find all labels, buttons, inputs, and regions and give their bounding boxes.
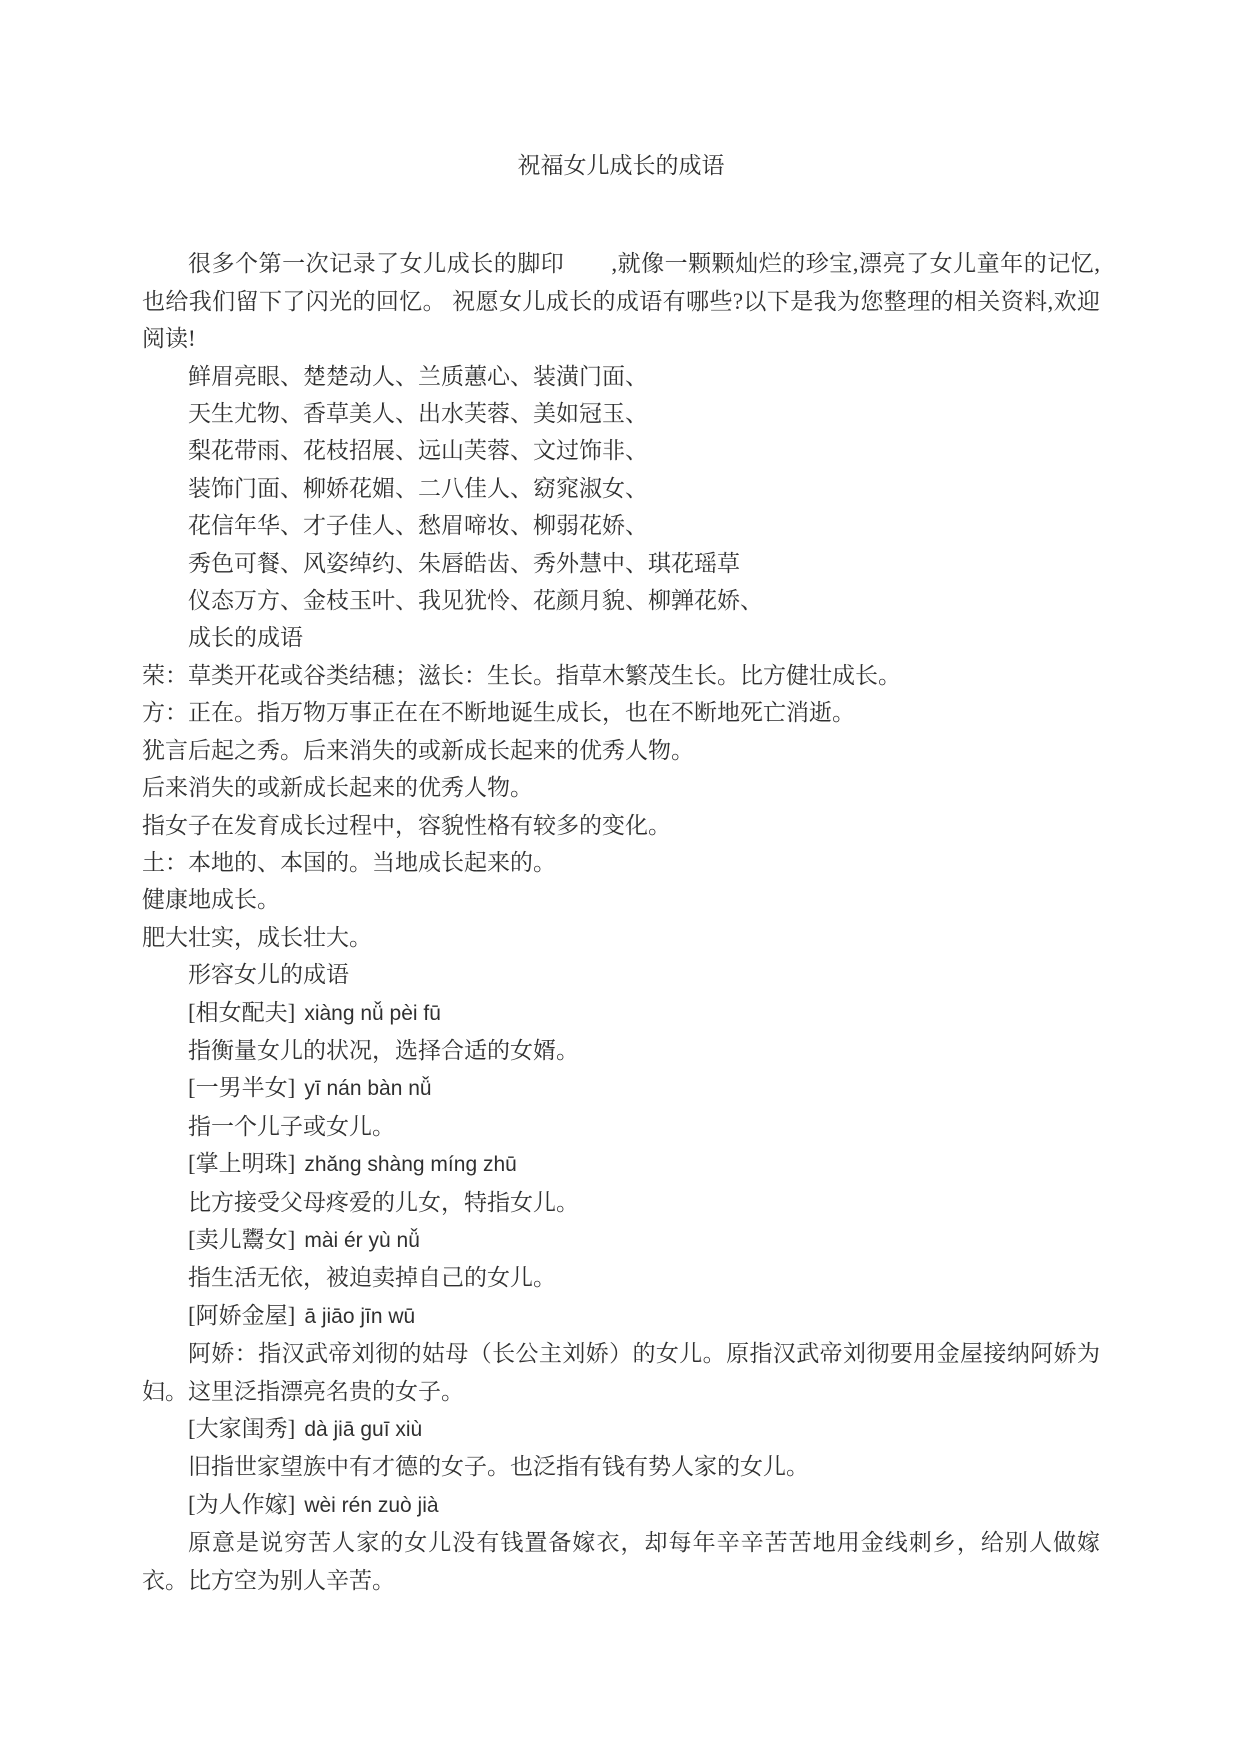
idiom-definition: 原意是说穷苦人家的女儿没有钱置备嫁衣，却每年辛辛苦苦地用金线刺乡，给别人做嫁衣。…: [142, 1524, 1100, 1599]
idiom-definition: 指衡量女儿的状况，选择合适的女婿。: [142, 1032, 1100, 1069]
definition-line: 健康地成长。: [142, 881, 1100, 918]
idiom-term-line: [大家闺秀]dà jiā guī xiù: [142, 1410, 1100, 1448]
idiom-list-line: 梨花带雨、花枝招展、远山芙蓉、文过饰非、: [142, 432, 1100, 469]
idiom-list-line: 天生尤物、香草美人、出水芙蓉、美如冠玉、: [142, 395, 1100, 432]
idiom-definition: 比方接受父母疼爱的儿女，特指女儿。: [142, 1184, 1100, 1221]
idiom-list-line: 花信年华、才子佳人、愁眉啼妆、柳弱花娇、: [142, 507, 1100, 544]
document-page: 祝福女儿成长的成语 很多个第一次记录了女儿成长的脚印 ,就像一颗颗灿烂的珍宝,漂…: [142, 0, 1100, 1599]
idiom-term: [阿娇金屋]: [188, 1303, 295, 1328]
idiom-pinyin: ā jiāo jīn wū: [304, 1305, 415, 1328]
idiom-pinyin: wèi rén zuò jià: [304, 1494, 438, 1517]
idiom-term-line: [掌上明珠]zhǎng shàng míng zhū: [142, 1145, 1100, 1183]
idiom-list-line: 装饰门面、柳娇花媚、二八佳人、窈窕淑女、: [142, 470, 1100, 507]
intro-paragraph: 很多个第一次记录了女儿成长的脚印 ,就像一颗颗灿烂的珍宝,漂亮了女儿童年的记忆,…: [142, 245, 1100, 357]
idiom-definition: 指一个儿子或女儿。: [142, 1108, 1100, 1145]
idiom-term-line: [卖儿鬻女]mài ér yù nǚ: [142, 1221, 1100, 1259]
idiom-term: [卖儿鬻女]: [188, 1227, 295, 1252]
idiom-pinyin: zhǎng shàng míng zhū: [304, 1153, 516, 1176]
idiom-list-line: 仪态万方、金枝玉叶、我见犹怜、花颜月貌、柳亸花娇、: [142, 582, 1100, 619]
idiom-term-line: [相女配夫]xiàng nǚ pèi fū: [142, 994, 1100, 1032]
idiom-term: [相女配夫]: [188, 1000, 295, 1025]
idiom-list-line: 秀色可餐、风姿绰约、朱唇皓齿、秀外慧中、琪花瑶草: [142, 545, 1100, 582]
idiom-term-line: [一男半女]yī nán bàn nǚ: [142, 1069, 1100, 1107]
idiom-term-line: [为人作嫁]wèi rén zuò jià: [142, 1486, 1100, 1524]
idiom-definition: 旧指世家望族中有才德的女子。也泛指有钱有势人家的女儿。: [142, 1448, 1100, 1485]
idiom-term: [一男半女]: [188, 1075, 295, 1100]
idiom-pinyin: mài ér yù nǚ: [304, 1229, 420, 1252]
idiom-list-line: 鲜眉亮眼、楚楚动人、兰质蕙心、装潢门面、: [142, 358, 1100, 395]
definition-line: 犹言后起之秀。后来消失的或新成长起来的优秀人物。: [142, 732, 1100, 769]
idiom-term: [为人作嫁]: [188, 1492, 295, 1517]
definition-line: 土：本地的、本国的。当地成长起来的。: [142, 844, 1100, 881]
idiom-pinyin: xiàng nǚ pèi fū: [304, 1002, 441, 1025]
page-title: 祝福女儿成长的成语: [142, 147, 1100, 184]
idiom-pinyin: yī nán bàn nǚ: [304, 1077, 431, 1100]
idiom-definition: 指生活无依，被迫卖掉自己的女儿。: [142, 1259, 1100, 1296]
definition-line: 方：正在。指万物万事正在在不断地诞生成长，也在不断地死亡消逝。: [142, 694, 1100, 731]
idiom-term: [掌上明珠]: [188, 1151, 295, 1176]
idiom-definition: 阿娇：指汉武帝刘彻的姑母（长公主刘娇）的女儿。原指汉武帝刘彻要用金屋接纳阿娇为妇…: [142, 1335, 1100, 1410]
definition-line: 后来消失的或新成长起来的优秀人物。: [142, 769, 1100, 806]
definition-line: 指女子在发育成长过程中，容貌性格有较多的变化。: [142, 807, 1100, 844]
idiom-term: [大家闺秀]: [188, 1416, 295, 1441]
idiom-term-line: [阿娇金屋]ā jiāo jīn wū: [142, 1297, 1100, 1335]
definition-line: 肥大壮实，成长壮大。: [142, 919, 1100, 956]
definition-line: 荣：草类开花或谷类结穗；滋长：生长。指草木繁茂生长。比方健壮成长。: [142, 657, 1100, 694]
section-heading-describe: 形容女儿的成语: [142, 956, 1100, 993]
idiom-pinyin: dà jiā guī xiù: [304, 1418, 422, 1441]
section-heading-growth: 成长的成语: [142, 619, 1100, 656]
